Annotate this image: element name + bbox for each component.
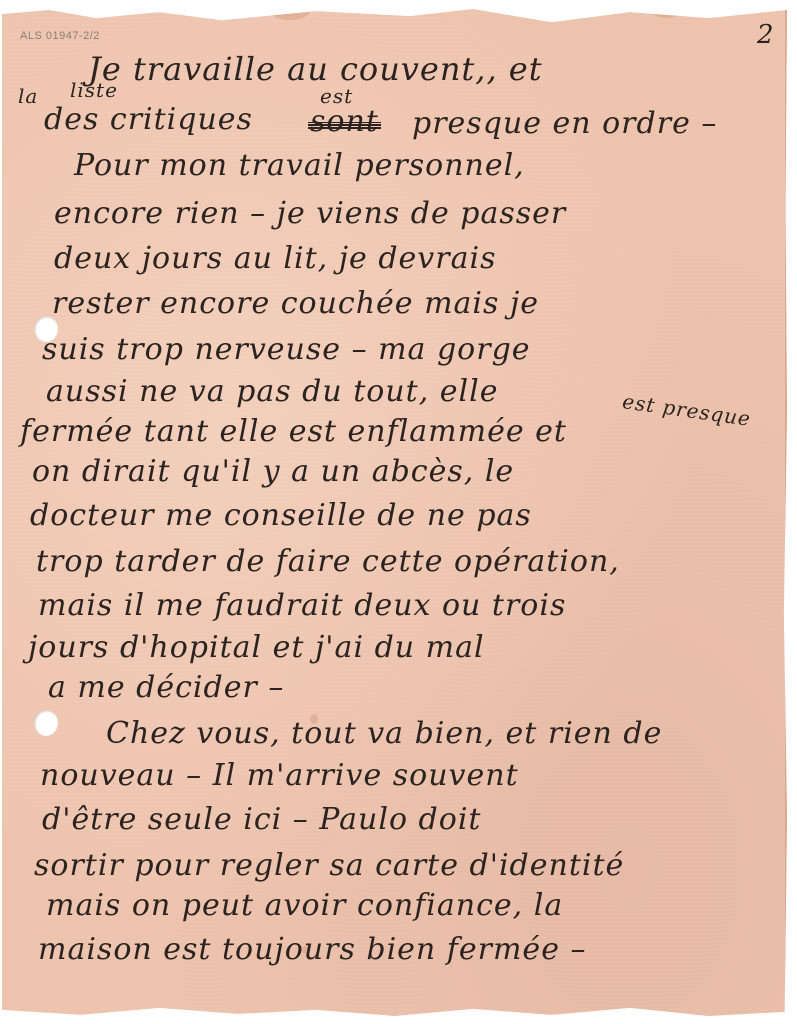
letter-line-19: sortir pour regler sa carte d'identité — [34, 848, 624, 883]
letter-line-16: Chez vous, tout va bien, et rien de — [106, 716, 662, 751]
letter-line-8a: aussi ne va pas du tout, elle — [46, 374, 498, 409]
letter-line-2b: presque en ordre – — [412, 106, 717, 141]
letter-line-8b: est presque — [621, 389, 753, 431]
letter-line-4: encore rien – je viens de passer — [54, 196, 566, 231]
struck-out-word: sont — [310, 104, 379, 139]
letter-line-2a: des critiques — [44, 102, 253, 137]
letter-line-18: d'être seule ici – Paulo doit — [42, 802, 481, 837]
strikethrough-text: sont — [310, 104, 379, 139]
punch-hole-bottom — [34, 710, 58, 736]
letter-line-17: nouveau – Il m'arrive souvent — [40, 758, 519, 793]
letter-line-10: on dirait qu'il y a un abcès, le — [32, 454, 514, 489]
letter-line-9: fermée tant elle est enflammée et — [20, 414, 567, 449]
letter-line-7: suis trop nerveuse – ma gorge — [42, 332, 531, 367]
letter-line-13: mais il me faudrait deux ou trois — [38, 588, 566, 623]
interlinear-insertion-liste: liste — [70, 78, 118, 102]
paper-stain — [270, 2, 310, 20]
letter-line-14: jours d'hopital et j'ai du mal — [28, 630, 485, 665]
letter-line-1: Je travaille au couvent,, et — [88, 50, 543, 88]
paper-stain — [652, 4, 682, 18]
page-number: 2 — [757, 20, 774, 50]
letter-line-6: rester encore couchée mais je — [52, 286, 539, 321]
letter-page: ALS 01947-2/2 2 Je travaille au couvent,… — [2, 6, 787, 1020]
letter-line-5: deux jours au lit, je devrais — [54, 241, 496, 276]
letter-line-15: a me décider – — [48, 670, 284, 705]
letter-line-12: trop tarder de faire cette opération, — [36, 544, 620, 579]
archive-reference: ALS 01947-2/2 — [20, 30, 100, 42]
letter-line-11: docteur me conseille de ne pas — [30, 498, 532, 533]
letter-line-3: Pour mon travail personnel, — [74, 148, 525, 183]
letter-line-20: mais on peut avoir confiance, la — [46, 888, 563, 923]
letter-line-21: maison est toujours bien fermée – — [38, 932, 586, 967]
marginal-insertion: la — [18, 84, 38, 108]
